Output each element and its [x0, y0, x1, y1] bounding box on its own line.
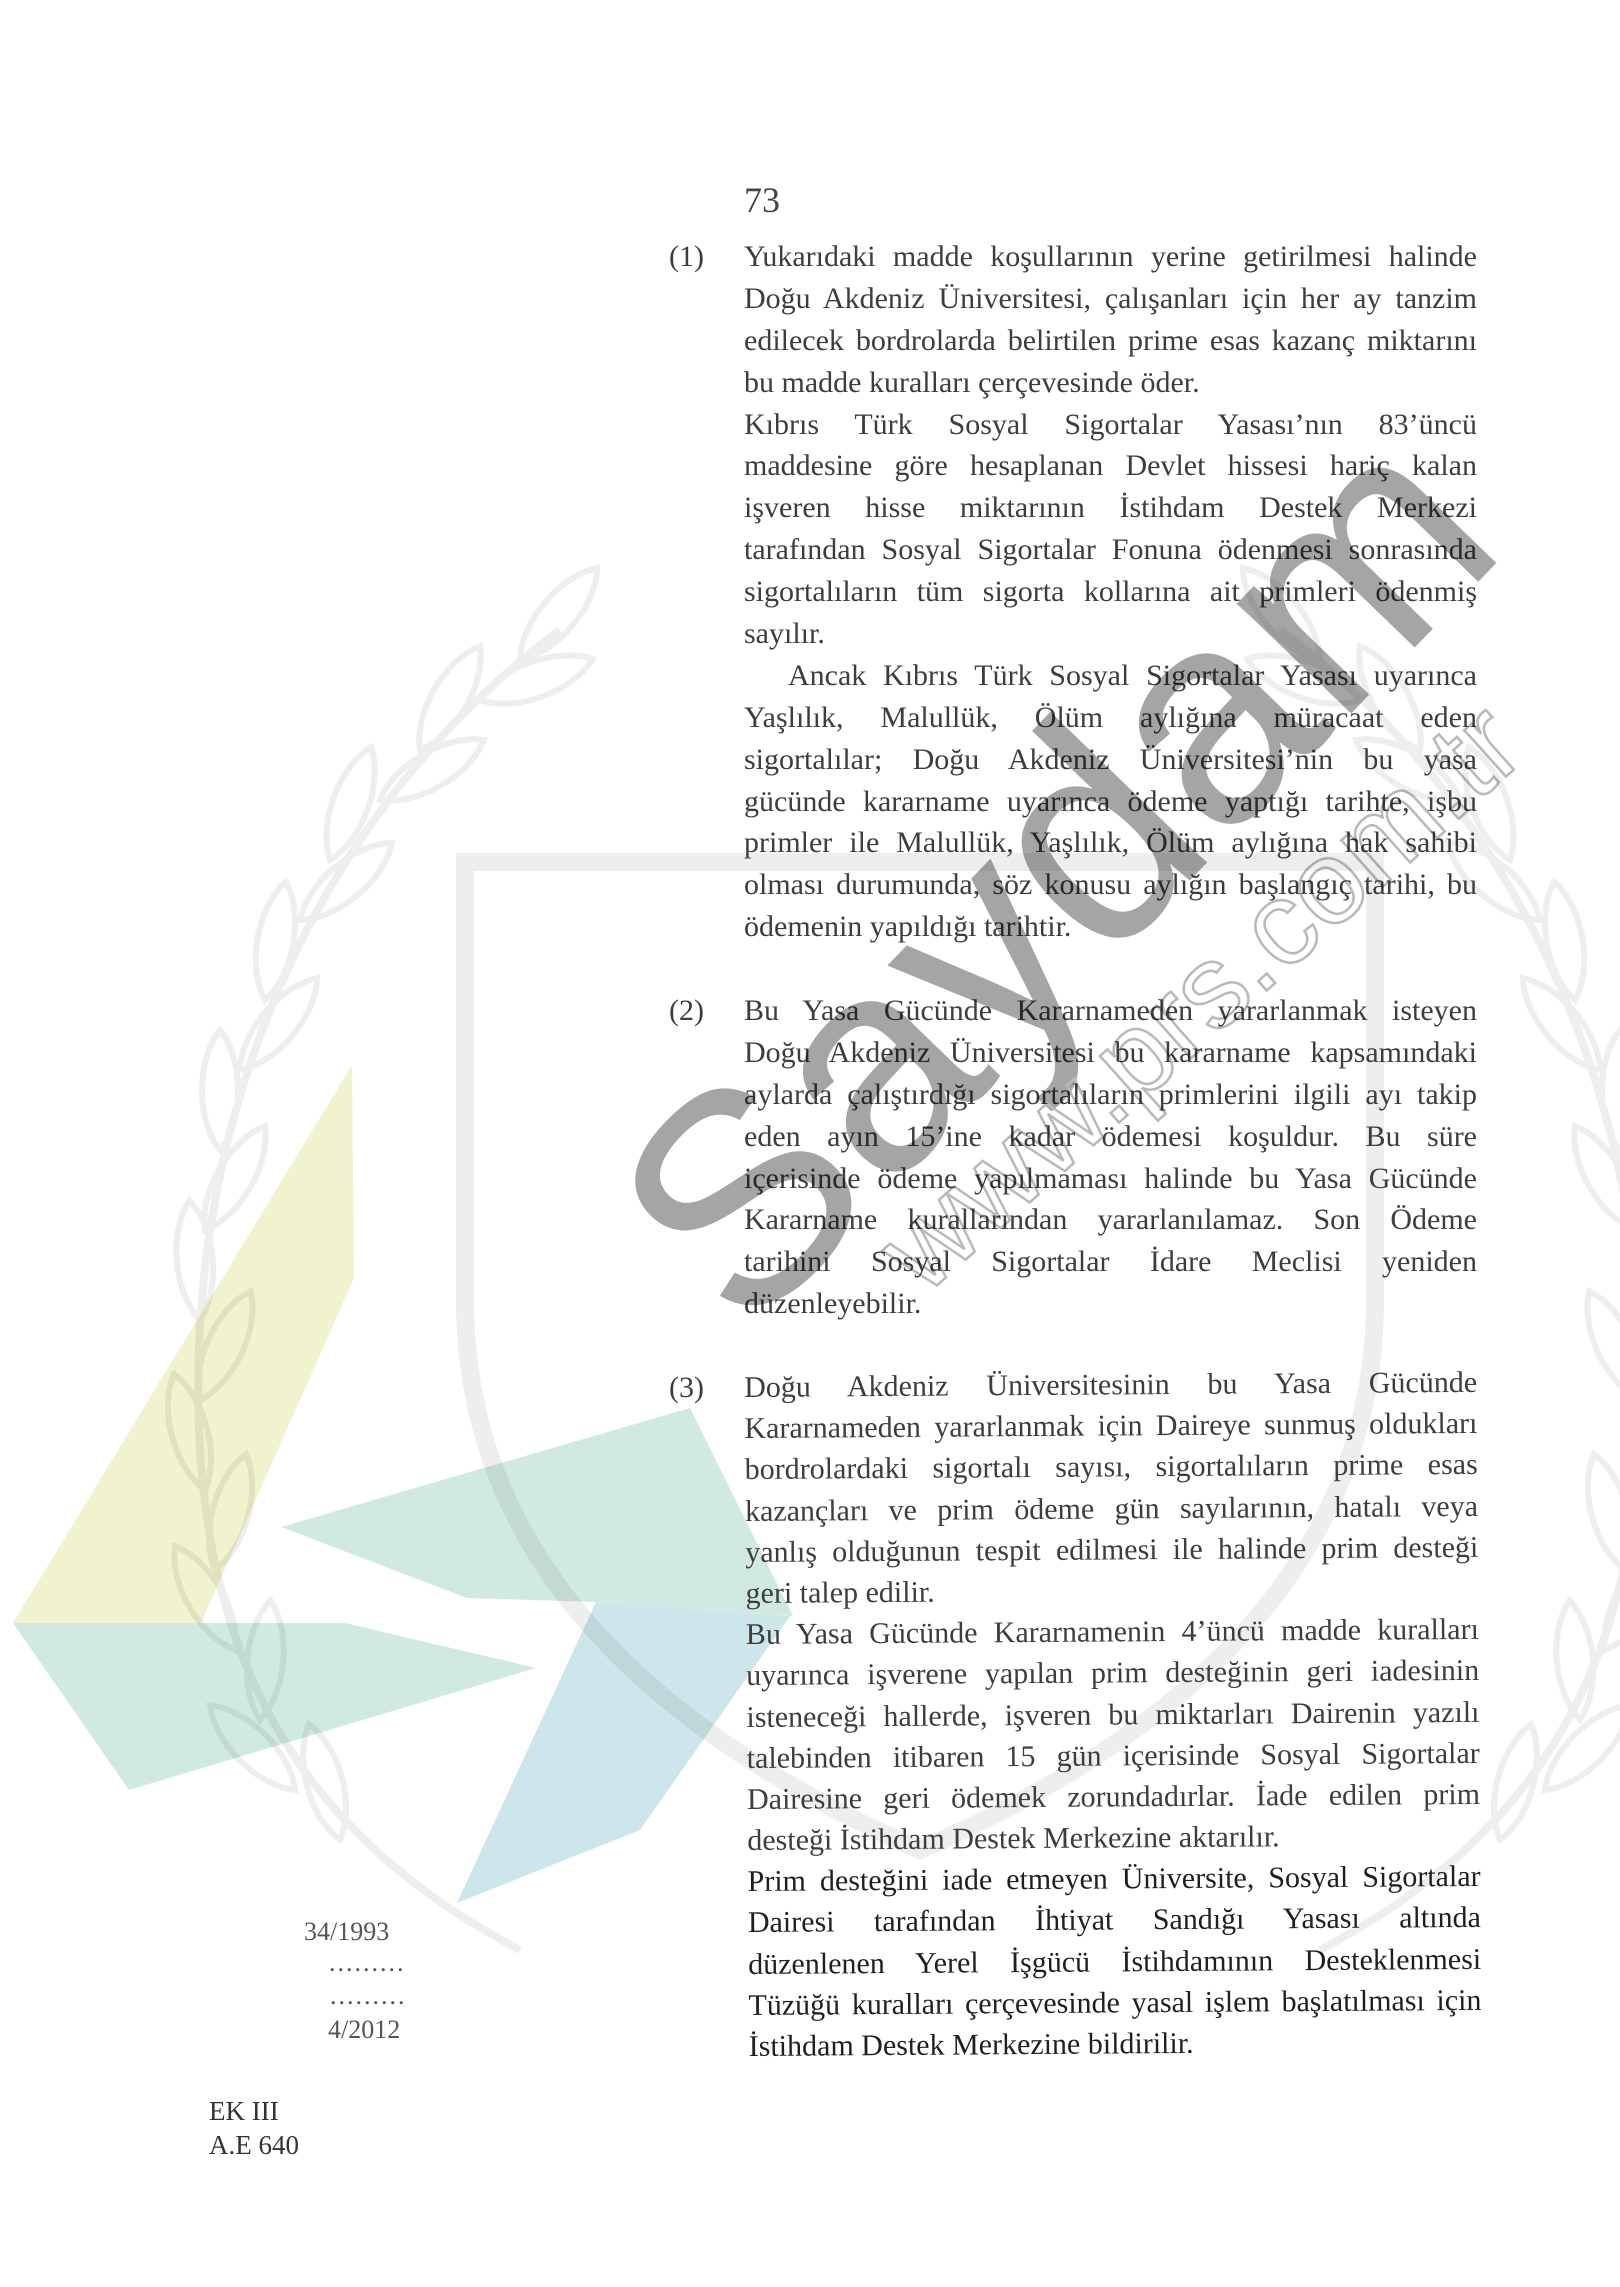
paragraph-line: aylarda çalıştırdığı sigortalıların prim…: [744, 1074, 1477, 1116]
margin-note-amendment-reference: 4/2012: [328, 2017, 400, 2043]
paragraph-line: gücünde kararname uyarınca ödeme yaptığı…: [744, 781, 1477, 823]
paragraph-line: edilecek bordrolarda belirtilen prime es…: [744, 320, 1477, 362]
paragraph-line: Bu Yasa Gücünde Kararnamenin 4’üncü madd…: [746, 1609, 1479, 1655]
paragraph-line: Kararname kurallarından yararlanılamaz. …: [744, 1199, 1477, 1241]
paragraph-3: Doğu Akdeniz Üniversitesinin bu Yasa Güc…: [744, 1362, 1482, 2067]
paragraph-line: Yaşlılık, Malullük, Ölüm aylığına müraca…: [744, 697, 1477, 739]
paragraph-line: Ancak Kıbrıs Türk Sosyal Sigortalar Yasa…: [744, 655, 1477, 697]
paragraph-line: desteği İstihdam Destek Merkezine aktarı…: [747, 1815, 1480, 1861]
paragraph-line: talebinden itibaren 15 gün içerisinde So…: [747, 1733, 1480, 1779]
logo-shape-teal-upper: [281, 1408, 793, 1616]
margin-note-gazette: A.E 640: [209, 2132, 299, 2159]
paragraph-line: Bu Yasa Gücünde Kararnameden yararlanmak…: [744, 990, 1477, 1032]
paragraph-line: tarafından Sosyal Sigortalar Fonuna öden…: [744, 529, 1477, 571]
paragraph-line: geri talep edilir.: [745, 1568, 1478, 1614]
paragraph-line: uyarınca işverene yapılan prim desteğini…: [746, 1650, 1479, 1696]
paragraph-line: sigortalılar; Doğu Akdeniz Üniversitesi’…: [744, 739, 1477, 781]
margin-note-annex: EK III: [209, 2098, 279, 2125]
logo-shape-yellow: [13, 1065, 354, 1623]
document-page: 73 (1) Yukarıdaki madde koşullarının yer…: [0, 0, 1620, 2287]
paragraph-number: (3): [669, 1367, 704, 1409]
paragraph-line: bordrolardaki sigortalı sayısı, sigortal…: [745, 1444, 1478, 1490]
logo-shape-blue: [457, 1602, 790, 1903]
paragraph-line: Dairesi tarafından İhtiyat Sandığı Yasas…: [748, 1897, 1481, 1943]
paragraph-line: eden ayın 15’ine kadar ödemesi koşuldur.…: [744, 1116, 1477, 1158]
paragraph-line: Prim desteğini iade etmeyen Üniversite, …: [747, 1856, 1480, 1902]
paragraph-line: düzenleyebilir.: [744, 1283, 1477, 1325]
laurel-left-icon: [157, 557, 611, 1950]
margin-note-law-reference: 34/1993: [304, 1919, 389, 1945]
paragraph-line: Doğu Akdeniz Üniversitesinin bu Yasa Güc…: [744, 1362, 1477, 1408]
paragraph-line: Yukarıdaki madde koşullarının yerine get…: [744, 236, 1477, 278]
paragraph-line: İstihdam Destek Merkezine bildirilir.: [749, 2021, 1482, 2067]
paragraph-line: sigortalıların tüm sigorta kollarına ait…: [744, 571, 1477, 613]
paragraph-line: sayılır.: [744, 613, 1477, 655]
paragraph-line: tarihini Sosyal Sigortalar İdare Meclisi…: [744, 1241, 1477, 1283]
paragraph-number: (1): [669, 236, 704, 278]
paragraph-line: kazançları ve prim ödeme gün sayılarının…: [745, 1485, 1478, 1531]
paragraph-line: yanlış olduğunun tespit edilmesi ile hal…: [745, 1527, 1478, 1573]
margin-note-dots: .........: [330, 1983, 407, 2009]
logo-shape-teal-lower: [13, 1623, 536, 1790]
paragraph-line: bu madde kuralları çerçevesinde öder.: [744, 362, 1477, 404]
paragraph-line: Kararnameden yararlanmak için Daireye su…: [744, 1403, 1477, 1449]
paragraph-line: maddesine göre hesaplanan Devlet hissesi…: [744, 445, 1477, 487]
paragraph-line: içerisinde ödeme yapılmaması halinde bu …: [744, 1158, 1477, 1200]
paragraph-line: Doğu Akdeniz Üniversitesi bu kararname k…: [744, 1032, 1477, 1074]
paragraph-line: olması durumunda, söz konusu aylığın baş…: [744, 864, 1477, 906]
paragraph-line: düzenlenen Yerel İşgücü İstihdamının Des…: [748, 1938, 1481, 1984]
paragraph-1: Yukarıdaki madde koşullarının yerine get…: [744, 236, 1477, 948]
paragraph-line: Dairesine geri ödemek zorundadırlar. İad…: [747, 1774, 1480, 1820]
logo-watermark: [13, 1065, 793, 1903]
page-number: 73: [744, 182, 780, 218]
paragraph-line: ödemenin yapıldığı tarihtir.: [744, 906, 1477, 948]
paragraph-line: isteneceği hallerde, işveren bu miktarla…: [746, 1691, 1479, 1737]
paragraph-line: primler ile Malullük, Yaşlılık, Ölüm ayl…: [744, 822, 1477, 864]
paragraph-line: işveren hisse miktarının İstihdam Destek…: [744, 487, 1477, 529]
paragraph-line: Doğu Akdeniz Üniversitesi, çalışanları i…: [744, 278, 1477, 320]
paragraph-line: Tüzüğü kuralları çerçevesinde yasal işle…: [748, 1980, 1481, 2026]
paragraph-number: (2): [669, 990, 704, 1032]
paragraph-2: Bu Yasa Gücünde Kararnameden yararlanmak…: [744, 990, 1477, 1325]
margin-note-dots: .........: [329, 1950, 406, 1976]
paragraph-line: Kıbrıs Türk Sosyal Sigortalar Yasası’nın…: [744, 404, 1477, 446]
